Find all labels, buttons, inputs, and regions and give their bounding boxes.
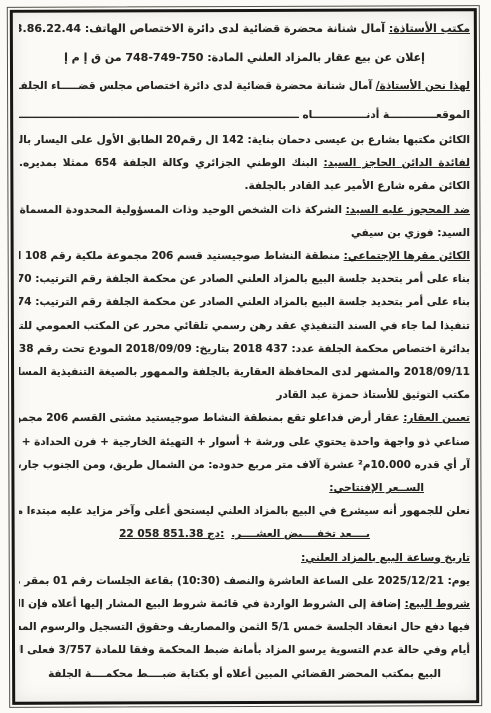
announcement-title: إعلان عن بيع عقار بالمزاد العلني المادة:… bbox=[19, 44, 470, 73]
sale-conditions-line-1: شروط البيع: إضافة إلى الشروط الواردة في … bbox=[19, 593, 470, 616]
debtor-manager-line: السيد: فوزي بن سيفي bbox=[19, 222, 470, 245]
executive-deed-line-1: تنفيذا لما جاء في السند التنفيذي عقد رهن… bbox=[19, 315, 470, 338]
company-address-line: الكائن مقرها الإجتماعي: منطقة النشاط صوج… bbox=[19, 245, 470, 268]
scanned-page: مكتب الأستاذة: آمال شنانة محضرة قضائية ل… bbox=[0, 0, 491, 713]
executive-deed-line-2: بدائرة اختصاص محكمة الجلفة عدد: 437 2018… bbox=[19, 338, 470, 361]
property-designation-line: تعيين العقار: عقار أرض فداعلو تقع بمنطقة… bbox=[19, 407, 470, 430]
opening-price-text: نعلن للجمهور أنه سيشرع في البيع بالمزاد … bbox=[19, 500, 470, 523]
court-order-line-1: بناء على أمر بتحديد جلسة البيع بالمزاد ا… bbox=[19, 268, 470, 291]
opening-price-heading: الســعر الإفتتاحي: bbox=[19, 477, 470, 500]
signature-rule-line: الموقعـــــــــــــة أدنـــــــــــــــا… bbox=[19, 101, 470, 130]
opening-price-amount: بــــعد تخفــــيض العشــــر.22 058 851.3… bbox=[19, 523, 470, 546]
office-address-line: الكائن مكتبها بشارع بن عيسى دحمان بناية:… bbox=[19, 129, 470, 152]
sale-datetime-heading: تاريخ وساعة البيع بالمزاد العلني: bbox=[19, 547, 470, 570]
notary-office-line: مكتب التوثيق للأستاذ حمزة عبد القادر bbox=[19, 384, 470, 407]
debtor-line: ضد المحجوز عليه السيد: الشركة ذات الشخص … bbox=[19, 199, 470, 222]
closing-line: البيع بمكتب المحضر القضائي المبين أعلاه … bbox=[19, 663, 470, 686]
bailiff-intro-line: لهذا نحن الأستاذة/ آمال شنانة محضرة قضائ… bbox=[19, 72, 470, 101]
office-header-line: مكتب الأستاذة: آمال شنانة محضرة قضائية ل… bbox=[19, 15, 470, 44]
document-body: مكتب الأستاذة: آمال شنانة محضرة قضائية ل… bbox=[19, 15, 470, 700]
property-area-boundaries-line: آر أي قدره 10.000م² عشرة آلاف متر مربع ح… bbox=[19, 454, 470, 477]
sale-datetime-line: يوم: 2025/12/21 على الساعة العاشرة والنص… bbox=[19, 570, 470, 593]
sale-conditions-line-2: فيها دفع حال انعقاد الجلسة خمس 5/1 الثمن… bbox=[19, 616, 470, 639]
court-order-line-2: بناء على أمر بتحديد جلسة البيع بالمزاد ا… bbox=[19, 291, 470, 314]
creditor-address-line: الكائن مقره شارع الأمير عبد القادر بالجل… bbox=[19, 175, 470, 198]
creditor-line: لفائدة الدائن الحاجز السيد: البنك الوطني… bbox=[19, 152, 470, 175]
sale-conditions-line-3: أيام وفي حالة عدم التسوية يرسو المزاد بأ… bbox=[19, 639, 470, 662]
executive-deed-line-3: 2018/09/11 والمشهر لدى المحافظة العقارية… bbox=[19, 361, 470, 384]
property-description-line: صناعي ذو واجهة واحدة يحتوي على ورشة + أس… bbox=[19, 431, 470, 454]
